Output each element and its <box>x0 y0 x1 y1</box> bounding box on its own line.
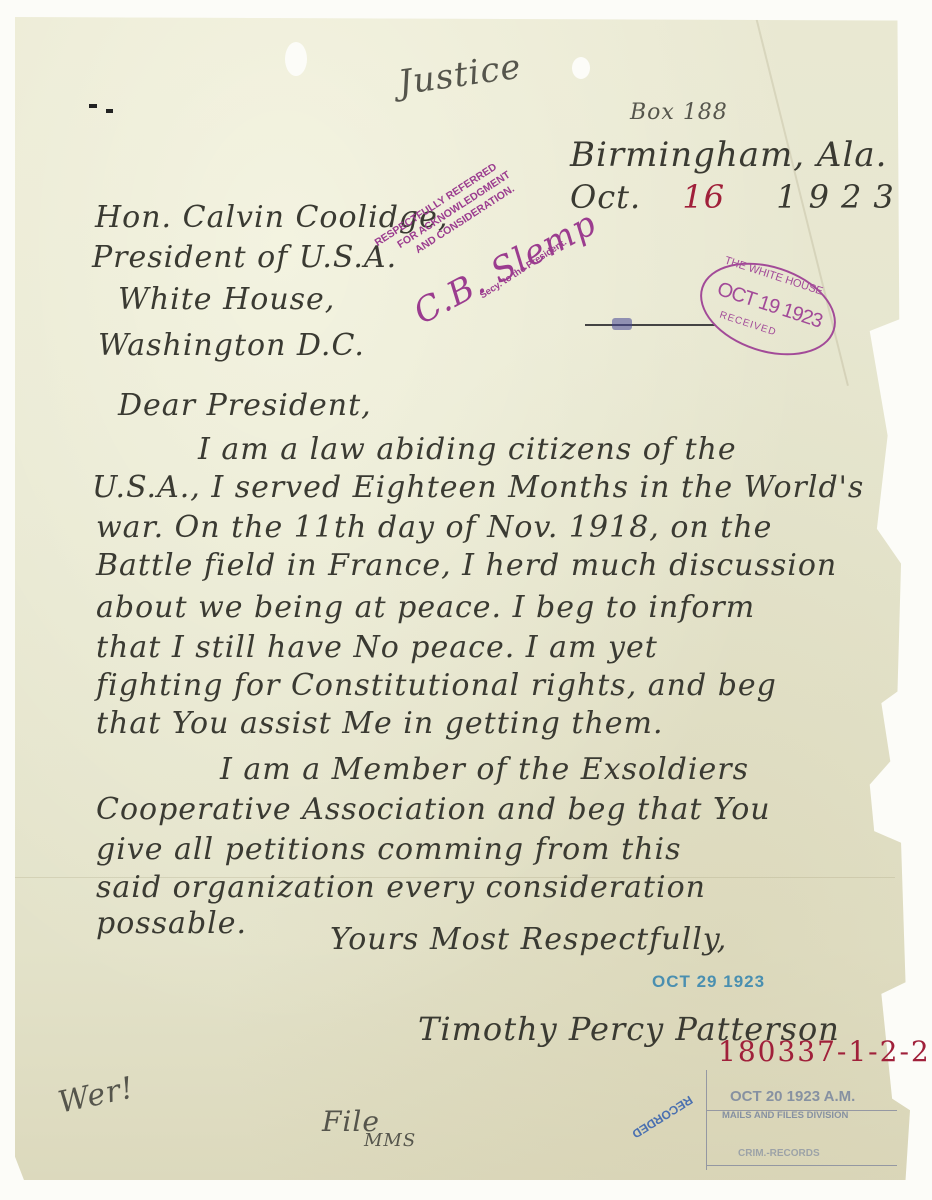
body-line: Cooperative Association and beg that You <box>96 792 771 827</box>
body-line: that I still have No peace. I am yet <box>96 630 658 665</box>
body-line: U.S.A., I served Eighteen Months in the … <box>92 470 864 505</box>
pencil-note-initials: MMS <box>364 1130 416 1151</box>
file-number: 180337-1-2-2 <box>718 1035 931 1068</box>
ink-mark <box>89 104 97 108</box>
stamp-rule <box>707 1165 897 1166</box>
address-line-4: Washington D.C. <box>98 328 365 363</box>
address-line-2: President of U.S.A. <box>92 240 397 275</box>
body-line: war. On the 11th day of Nov. 1918, on th… <box>96 510 772 545</box>
letter-date: Oct. 16 1923 <box>570 178 906 216</box>
mails-files-division: MAILS AND FILES DIVISION <box>722 1110 848 1121</box>
ink-mark <box>106 109 113 113</box>
date-year: 1923 <box>776 178 905 216</box>
date-day: 16 <box>682 178 725 216</box>
body-line: possable. <box>96 906 247 941</box>
body-line: said organization every consideration <box>96 870 706 905</box>
body-line: fighting for Constitutional rights, and … <box>96 668 777 703</box>
body-line: give all petitions comming from this <box>96 832 682 867</box>
punch-hole <box>572 57 590 79</box>
blue-date-stamp: OCT 29 1923 <box>652 972 765 992</box>
closing: Yours Most Respectfully, <box>330 922 727 957</box>
body-line: Battle field in France, I herd much disc… <box>96 548 837 583</box>
letter-place: Birmingham, Ala. <box>570 135 887 175</box>
body-line: about we being at peace. I beg to inform <box>96 590 755 625</box>
body-line: I am a Member of the Exsoldiers <box>220 752 749 787</box>
body-line: that You assist Me in getting them. <box>96 706 664 741</box>
salutation: Dear President, <box>118 388 372 423</box>
mails-files-date: OCT 20 1923 A.M. <box>730 1088 855 1105</box>
box-number: Box 188 <box>630 100 728 125</box>
pencil-line-mark <box>585 324 715 326</box>
punch-hole <box>285 42 307 76</box>
body-line: I am a law abiding citizens of the <box>198 432 737 467</box>
address-line-3: White House, <box>118 282 335 317</box>
mails-files-footer: CRIM.-RECORDS <box>738 1148 820 1159</box>
ink-smudge <box>612 318 632 330</box>
